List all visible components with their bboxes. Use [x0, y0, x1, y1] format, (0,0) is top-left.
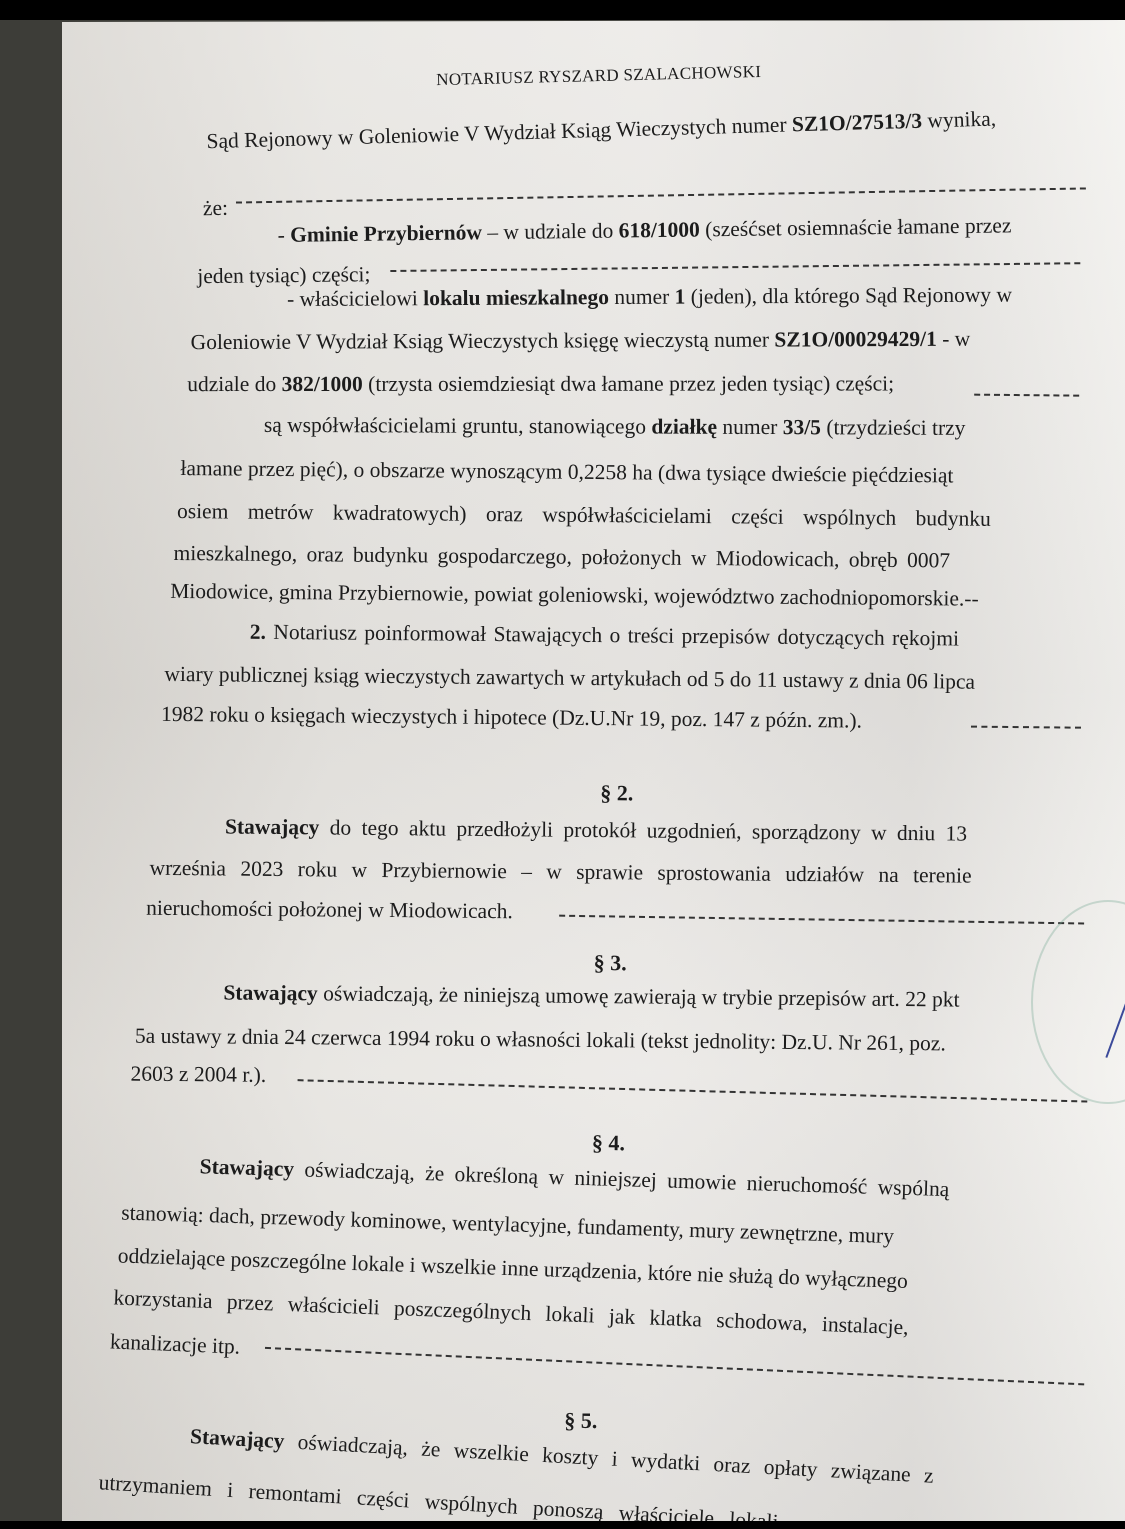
text-span: - właścicielowi — [287, 286, 423, 311]
bottom-black-bar — [0, 1521, 1125, 1529]
text-span: oświadczają, że określoną w niniejszej u… — [294, 1157, 950, 1201]
share-value: 382/1000 — [282, 372, 363, 396]
dashed-separator — [390, 262, 1080, 272]
text-line: 2603 z 2004 r.). — [131, 1064, 267, 1087]
text-span: (trzydzieści trzy — [821, 415, 966, 440]
text-span: nieruchomości położonej w Miodowicach. — [146, 896, 513, 924]
text-line: oddzielające poszczególne lokale i wszel… — [118, 1245, 909, 1292]
section-2-title: § 2. — [85, 775, 1125, 811]
section-3-title: § 3. — [79, 945, 1125, 981]
text-span: do tego aktu przedłożyli protokół uzgodn… — [319, 815, 967, 845]
text-span: – w udziale do — [482, 218, 619, 244]
dashed-separator — [971, 726, 1081, 729]
text-span: oświadczają, że wszelkie koszty i wydatk… — [284, 1429, 934, 1488]
text-line: jeden tysiąc) części; — [197, 264, 370, 287]
text-span: korzystania przez właścicieli poszczegól… — [113, 1285, 909, 1339]
text-line: Stawający do tego aktu przedłożyli proto… — [225, 816, 967, 845]
top-black-bar — [0, 0, 1125, 20]
text-span: Goleniowie V Wydział Ksiąg Wieczystych k… — [191, 328, 775, 355]
item-number: 2. — [250, 620, 266, 644]
document-content: NOTARIUSZ RYSZARD SZALACHOWSKI Sąd Rejon… — [53, 15, 1125, 1526]
text-span: mieszkalnego, oraz budynku gospodarczego… — [174, 541, 951, 572]
text-line: Miodowice, gmina Przybiernowie, powiat g… — [170, 581, 979, 610]
text-line: - Gminie Przybiernów – w udziale do 618/… — [278, 215, 1012, 246]
text-bold: Stawający — [199, 1154, 294, 1181]
text-line: mieszkalnego, oraz budynku gospodarczego… — [174, 543, 951, 572]
text-line: Stawający oświadczają, że niniejszą umow… — [223, 982, 959, 1011]
text-bold: lokalu mieszkalnego — [423, 285, 609, 310]
share-value: 618/1000 — [618, 217, 700, 242]
text-line: że: — [203, 198, 228, 220]
text-span: oddzielające poszczególne lokale i wszel… — [118, 1243, 909, 1293]
text-span: (trzysta osiemdziesiąt dwa łamane przez … — [363, 371, 894, 395]
text-span: (jeden), dla którego Sąd Rejonowy w — [685, 283, 1012, 309]
text-line: - właścicielowi lokalu mieszkalnego nume… — [287, 285, 1012, 311]
text-span: - w — [937, 327, 971, 351]
land-register-number: SZ1O/27513/3 — [792, 109, 923, 137]
dashed-separator — [559, 915, 1084, 925]
text-span: Notariusz poinformował Stawających o tre… — [266, 620, 959, 651]
text-bold: działkę — [651, 415, 717, 439]
text-line: września 2023 roku w Przybiernowie – w s… — [149, 858, 971, 887]
text-line: łamane przez pięć), o obszarze wynoszący… — [180, 458, 953, 487]
text-span: jeden tysiąc) części; — [197, 262, 370, 288]
land-register-number: SZ1O/00029429/1 — [774, 327, 937, 352]
text-span: numer — [609, 285, 675, 309]
text-span: wynika, — [922, 107, 997, 133]
text-span: udziale do — [187, 372, 281, 396]
text-line: osiem metrów kwadratowych) oraz współwła… — [177, 501, 991, 530]
text-bold: 1 — [675, 285, 686, 309]
text-span: 1982 roku o księgach wieczystych i hipot… — [161, 702, 862, 733]
text-span: Miodowice, gmina Przybiernowie, powiat g… — [170, 579, 979, 611]
text-span: wiary publicznej ksiąg wieczystych zawar… — [164, 662, 975, 694]
text-span: łamane przez pięć), o obszarze wynoszący… — [180, 456, 953, 487]
text-line: 2. Notariusz poinformował Stawających o … — [250, 622, 959, 650]
text-bold: Stawający — [225, 814, 320, 839]
text-span: że: — [203, 196, 228, 220]
text-span: są współwłaścicielami gruntu, stanowiące… — [264, 413, 652, 439]
text-line: 1982 roku o księgach wieczystych i hipot… — [161, 704, 862, 732]
dashed-separator — [974, 394, 1079, 397]
text-line: Goleniowie V Wydział Ksiąg Wieczystych k… — [191, 329, 971, 354]
plot-number: 33/5 — [783, 415, 821, 439]
text-line: wiary publicznej ksiąg wieczystych zawar… — [164, 664, 975, 693]
text-line: stanowią: dach, przewody kominowe, wenty… — [121, 1202, 894, 1247]
text-span: Sąd Rejonowy w Goleniowie V Wydział Ksią… — [206, 112, 792, 153]
dashed-separator — [265, 1347, 1084, 1385]
text-line: kanalizacje itp. — [110, 1331, 241, 1358]
text-span: kanalizacje itp. — [110, 1329, 241, 1358]
text-span: 5a ustawy z dnia 24 czerwca 1994 roku o … — [135, 1024, 946, 1056]
text-span: września 2023 roku w Przybiernowie – w s… — [149, 856, 971, 888]
text-line: są współwłaścicielami gruntu, stanowiące… — [264, 415, 966, 440]
text-line: nieruchomości położonej w Miodowicach. — [146, 898, 513, 923]
text-line: udziale do 382/1000 (trzysta osiemdziesi… — [187, 373, 894, 395]
owner-name: Gminie Przybiernów — [290, 220, 482, 247]
document-page: NOTARIUSZ RYSZARD SZALACHOWSKI Sąd Rejon… — [62, 20, 1125, 1521]
dashed-separator — [298, 1079, 1088, 1102]
text-bold: Stawający — [223, 980, 318, 1005]
text-line: korzystania przez właścicieli poszczegól… — [113, 1287, 909, 1338]
text-span: stanowią: dach, przewody kominowe, wenty… — [121, 1201, 894, 1249]
text-line: 5a ustawy z dnia 24 czerwca 1994 roku o … — [135, 1026, 946, 1055]
text-span: (sześćset osiemnaście łamane przez — [700, 213, 1012, 241]
text-span: numer — [717, 415, 783, 439]
text-span: oświadczają, że niniejszą umowę zawieraj… — [318, 981, 960, 1011]
text-line: Sąd Rejonowy w Goleniowie V Wydział Ksią… — [206, 106, 1086, 153]
notary-header: NOTARIUSZ RYSZARD SZALACHOWSKI — [67, 53, 1125, 100]
text-bold: Stawający — [190, 1424, 286, 1453]
text-span: - — [278, 223, 291, 247]
dashed-separator — [236, 187, 1086, 203]
text-span: 2603 z 2004 r.). — [131, 1062, 267, 1087]
text-line: Stawający oświadczają, że określoną w ni… — [199, 1156, 949, 1200]
text-span: osiem metrów kwadratowych) oraz współwła… — [177, 499, 991, 531]
